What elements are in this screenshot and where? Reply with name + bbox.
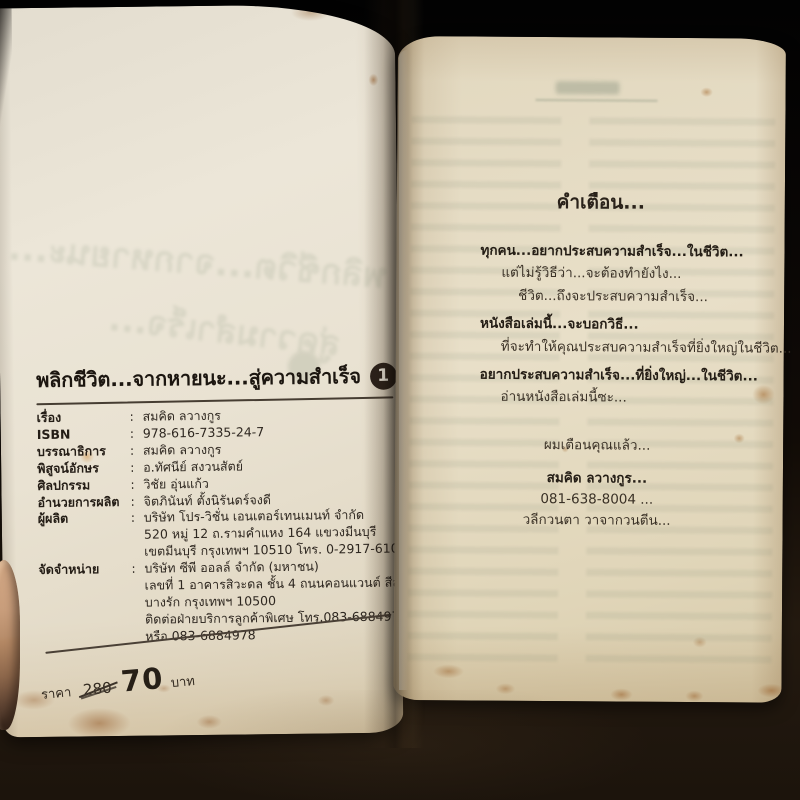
credit-colon: : xyxy=(129,409,142,426)
right-page: คำเตือน... ทุกคน...อยากประสบความสำเร็จ..… xyxy=(393,36,786,703)
credit-colon xyxy=(132,578,145,595)
warning-paragraph: อยากประสบความสำเร็จ...ที่ยิ่งใหญ่...ในชี… xyxy=(479,364,779,411)
title-divider-rule xyxy=(36,396,393,405)
credit-colon: : xyxy=(130,443,143,460)
price-label: ราคา xyxy=(40,681,72,705)
credits-list: เรื่อง:สมคิด ลวางกูรISBN:978-616-7335-24… xyxy=(36,406,393,647)
closing-line: 081-638-8004 ... xyxy=(479,489,715,512)
credit-colon: : xyxy=(131,561,144,578)
closing-line: ผมเตือนคุณแล้ว... xyxy=(479,435,715,458)
show-through-title-line1: พลิกชีวิต...จากหายนะ... xyxy=(85,226,388,303)
credit-colon: : xyxy=(130,476,143,493)
price-row: ราคา 280 70 บาท xyxy=(39,658,196,706)
closing-line: สมคิด ลวางกูร... xyxy=(479,468,715,491)
warning-line: แต่ไม่รู้วิธีว่า...จะต้องทำยังไง... xyxy=(480,262,780,287)
credit-label: บรรณาธิการ xyxy=(37,443,130,461)
volume-number-badge: 1 xyxy=(370,362,397,389)
credit-colon: : xyxy=(130,493,143,510)
credit-colon: : xyxy=(131,510,144,527)
credit-row: หรือ 083-6884978 xyxy=(39,625,393,646)
new-price: 70 xyxy=(120,661,165,699)
title-row: พลิกชีวิต...จากหายนะ...สู่ความสำเร็จ 1 xyxy=(36,360,397,396)
book-photo: พลิกชีวิต...จากหายนะ... สู่ความสำเร็จ...… xyxy=(0,0,800,800)
credit-label xyxy=(38,527,131,545)
left-page: พลิกชีวิต...จากหายนะ... สู่ความสำเร็จ...… xyxy=(0,4,403,738)
show-through-toc-heading xyxy=(556,81,620,94)
credit-colon xyxy=(131,544,144,561)
credit-label xyxy=(38,544,131,562)
warning-line: ชีวิต...ถึงจะประสบความสำเร็จ... xyxy=(480,284,780,309)
warning-line: ที่จะทำให้คุณประสบความสำเร็จที่ยิ่งใหญ่ใ… xyxy=(480,335,780,360)
credit-colon: : xyxy=(130,459,143,476)
warning-paragraph: หนังสือเล่มนี้...จะบอกวิธี...ที่จะทำให้ค… xyxy=(480,313,780,360)
warning-heading: คำเตือน... xyxy=(481,189,721,217)
book-title: พลิกชีวิต...จากหายนะ...สู่ความสำเร็จ xyxy=(36,360,361,396)
price-unit: บาท xyxy=(170,670,196,693)
page-corner-shadow xyxy=(0,8,13,128)
warning-paragraph: ทุกคน...อยากประสบความสำเร็จ...ในชีวิต...… xyxy=(480,240,780,309)
credit-label: อำนวยการผลิต xyxy=(38,493,131,511)
credit-label: จัดจำหน่าย xyxy=(38,561,131,579)
credit-label xyxy=(39,612,132,630)
warning-line: ทุกคน...อยากประสบความสำเร็จ...ในชีวิต... xyxy=(480,240,780,265)
credit-colon xyxy=(132,612,145,629)
credit-colon xyxy=(132,595,145,612)
credit-label xyxy=(39,578,132,596)
credit-label: ศิลปกรรม xyxy=(37,476,130,494)
credit-label: ผู้ผลิต xyxy=(38,510,131,528)
credit-label: พิสูจน์อักษร xyxy=(37,460,130,478)
warning-paragraphs: ทุกคน...อยากประสบความสำเร็จ...ในชีวิต...… xyxy=(479,240,780,417)
credit-colon xyxy=(131,527,144,544)
credit-colon: : xyxy=(130,426,143,443)
show-through-toc-rule xyxy=(536,99,658,102)
credit-label: ISBN xyxy=(37,426,130,444)
closing-line: วลีกวนตา วาจากวนตีน... xyxy=(479,510,715,533)
warning-line: อ่านหนังสือเล่มนี้ซะ... xyxy=(479,386,779,411)
old-price-strikethrough: 280 xyxy=(82,679,112,700)
warning-line: อยากประสบความสำเร็จ...ที่ยิ่งใหญ่...ในชี… xyxy=(480,364,780,389)
credit-label: เรื่อง xyxy=(36,409,129,427)
credit-label xyxy=(39,595,132,613)
closing-block: ผมเตือนคุณแล้ว...สมคิด ลวางกูร...081-638… xyxy=(479,435,716,533)
warning-line: หนังสือเล่มนี้...จะบอกวิธี... xyxy=(480,313,780,338)
